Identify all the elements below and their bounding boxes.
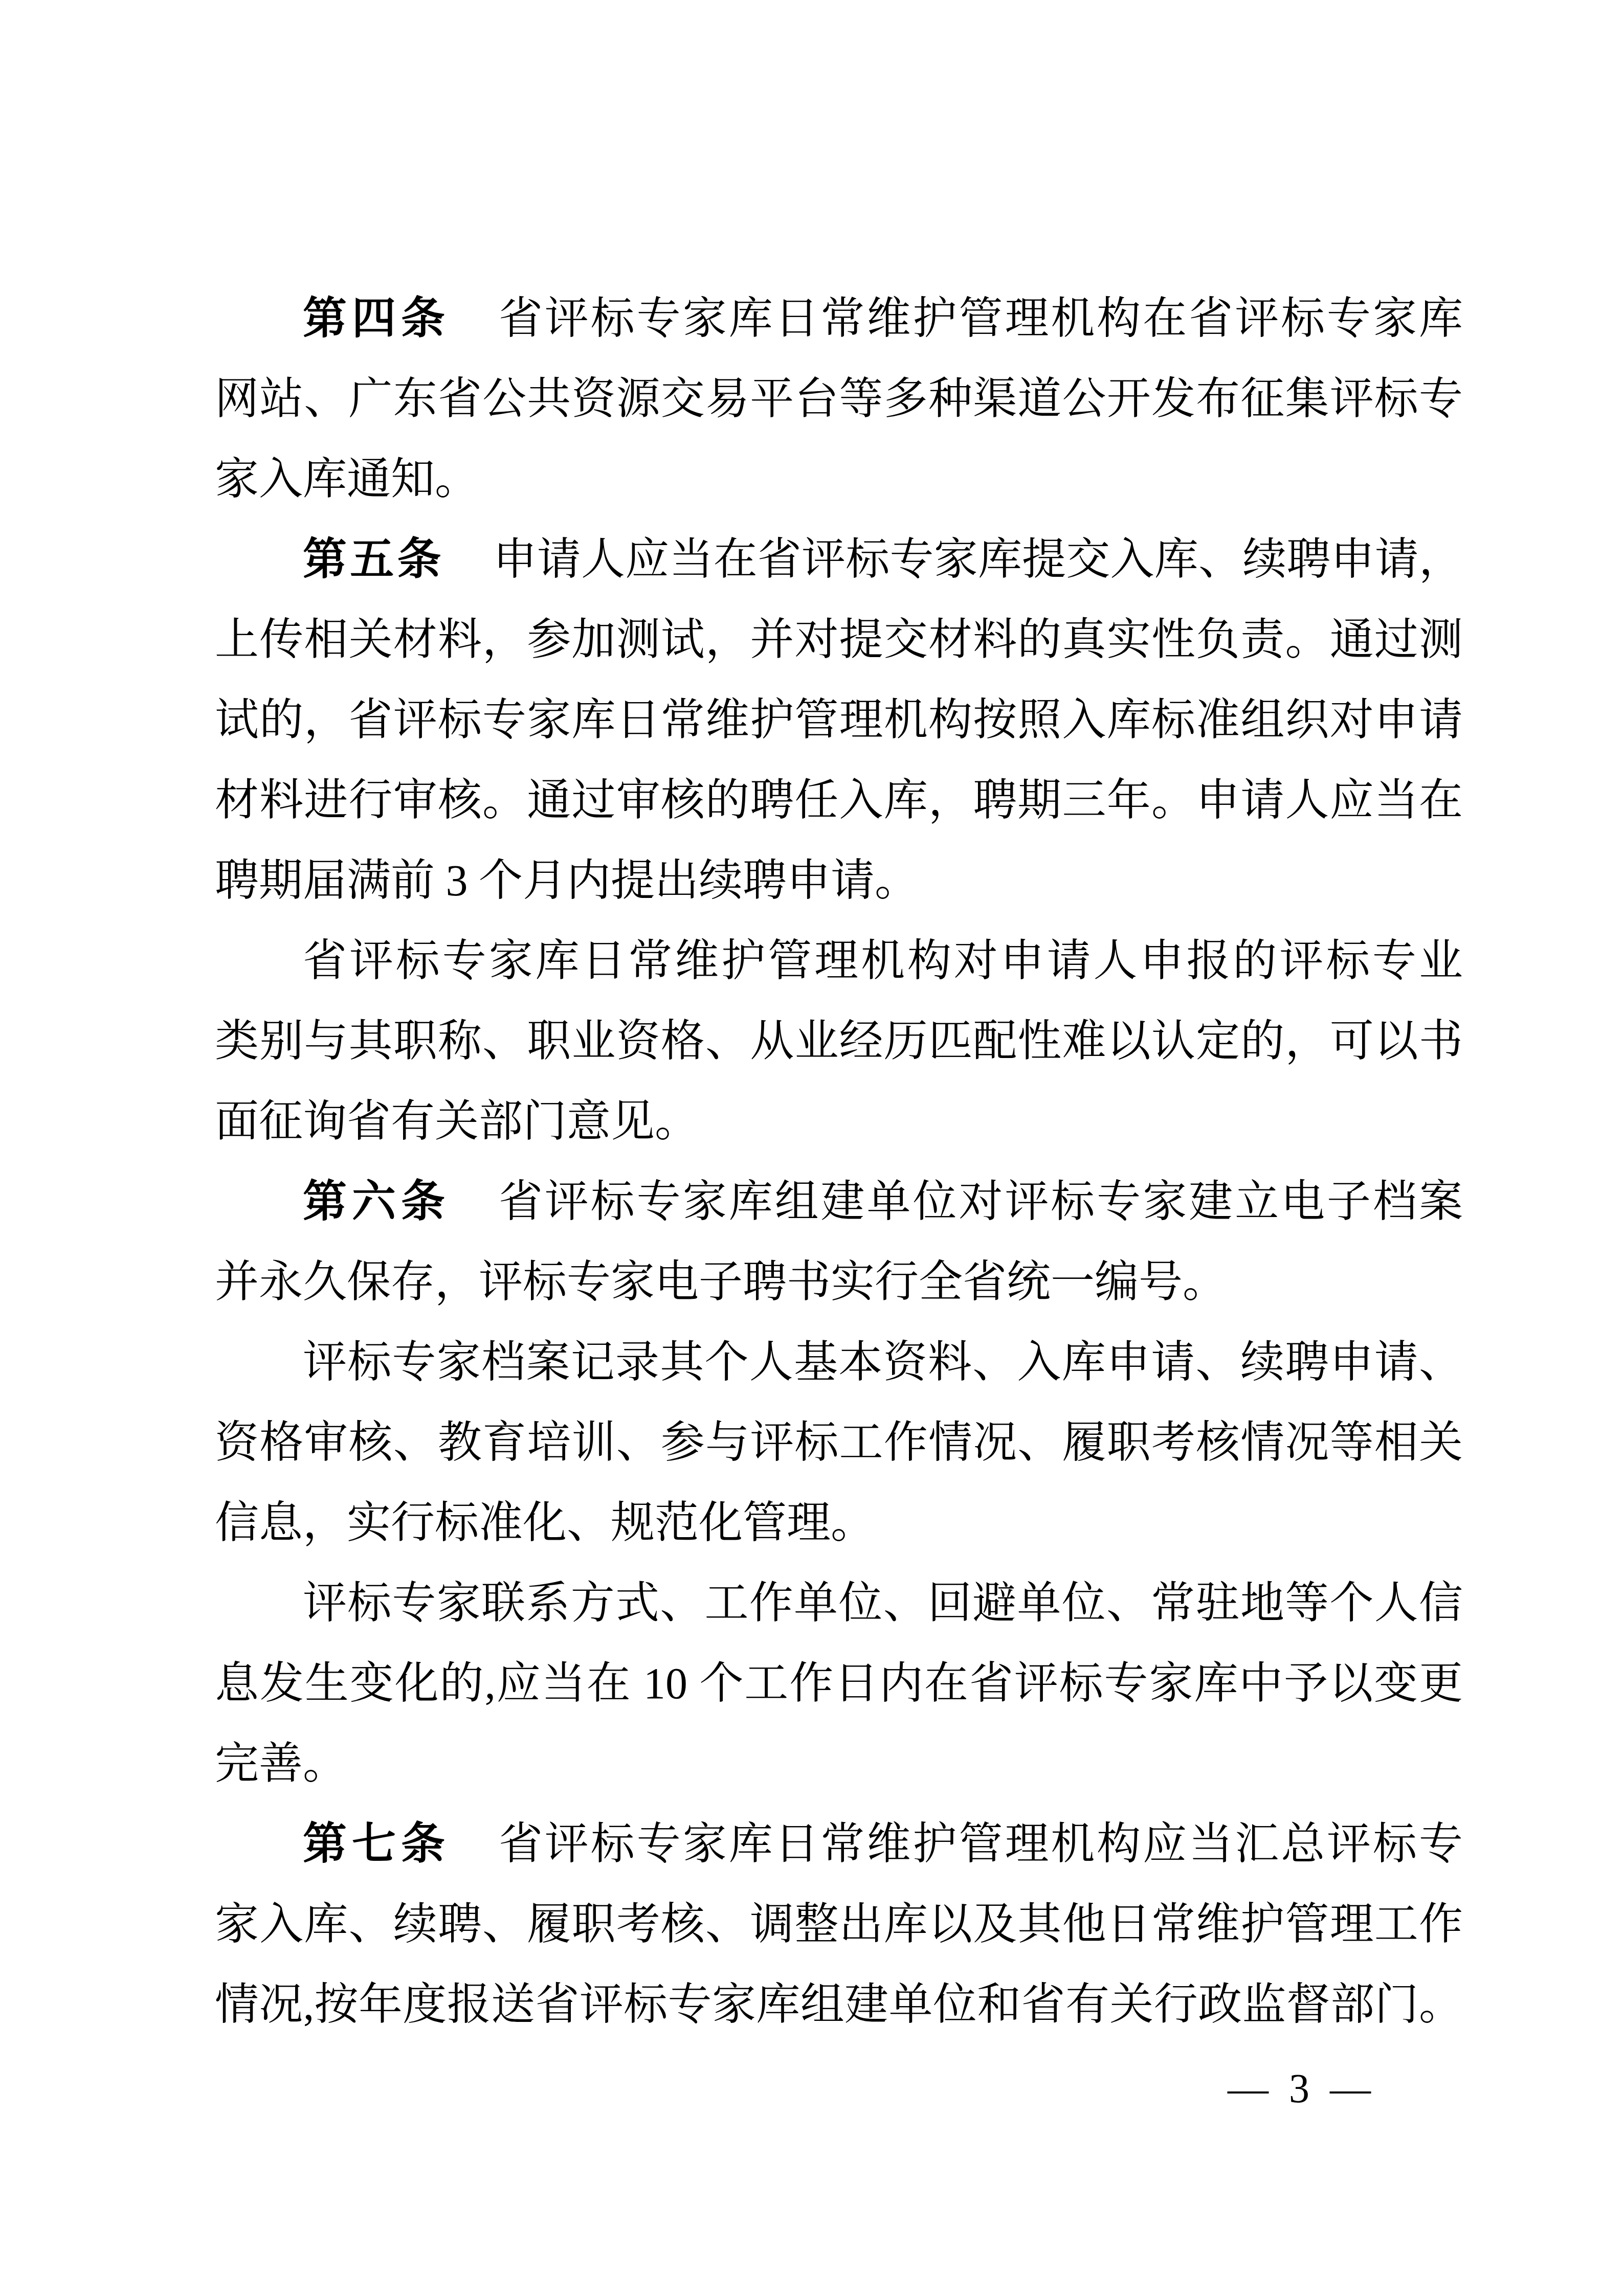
text-line: 第五条申请人应当在省评标专家库提交入库、续聘申请， [215, 520, 1463, 600]
text-line: 第七条省评标专家库日常维护管理机构应当汇总评标专 [215, 1804, 1463, 1884]
line-text: 资格审核、教育培训、参与评标工作情况、履职考核情况等相关 [215, 1418, 1463, 1467]
text-line: 材料进行审核。通过审核的聘任入库，聘期三年。申请人应当在 [215, 760, 1463, 841]
text-line: 网站、广东省公共资源交易平台等多种渠道公开发布征集评标专 [215, 359, 1463, 439]
line-text: 息发生变化的,应当在 10 个工作日内在省评标专家库中予以变更 [215, 1659, 1463, 1708]
text-line: 上传相关材料，参加测试，并对提交材料的真实性负责。通过测 [215, 600, 1463, 680]
line-text: 网站、广东省公共资源交易平台等多种渠道公开发布征集评标专 [215, 374, 1463, 423]
text-line: 息发生变化的,应当在 10 个工作日内在省评标专家库中予以变更 [215, 1644, 1463, 1724]
text-line: 完善。 [215, 1724, 1463, 1804]
line-text: 评标专家联系方式、工作单位、回避单位、常驻地等个人信 [303, 1579, 1463, 1628]
text-line: 第四条省评标专家库日常维护管理机构在省评标专家库 [215, 279, 1463, 359]
line-text: 类别与其职称、职业资格、从业经历匹配性难以认定的，可以书 [215, 1017, 1463, 1066]
line-text: 申请人应当在省评标专家库提交入库、续聘申请， [493, 535, 1463, 584]
line-text: 省评标专家库日常维护管理机构对申请人申报的评标专业 [303, 936, 1463, 985]
line-text: 信息，实行标准化、规范化管理。 [215, 1498, 875, 1547]
line-text: 情况,按年度报送省评标专家库组建单位和省有关行政监督部门。 [215, 1980, 1463, 2029]
line-text: 上传相关材料，参加测试，并对提交材料的真实性负责。通过测 [215, 615, 1463, 664]
text-line: 面征询省有关部门意见。 [215, 1082, 1463, 1162]
text-line: 家入库、续聘、履职考核、调整出库以及其他日常维护管理工作 [215, 1884, 1463, 1965]
line-text: 并永久保存，评标专家电子聘书实行全省统一编号。 [215, 1257, 1227, 1307]
text-line: 聘期届满前 3 个月内提出续聘申请。 [215, 841, 1463, 921]
article-number: 第五条 [303, 535, 444, 584]
line-text: 省评标专家库日常维护管理机构在省评标专家库 [499, 294, 1463, 343]
line-text: 材料进行审核。通过审核的聘任入库，聘期三年。申请人应当在 [215, 776, 1463, 825]
text-line: 省评标专家库日常维护管理机构对申请人申报的评标专业 [215, 921, 1463, 1001]
line-text: 省评标专家库日常维护管理机构应当汇总评标专 [499, 1819, 1463, 1869]
text-line: 评标专家联系方式、工作单位、回避单位、常驻地等个人信 [215, 1563, 1463, 1644]
line-text: 面征询省有关部门意见。 [215, 1097, 699, 1146]
document-body: 第四条省评标专家库日常维护管理机构在省评标专家库 网站、广东省公共资源交易平台等… [215, 279, 1463, 2045]
page-number: — 3 — [1228, 2058, 1376, 2120]
line-text: 试的，省评标专家库日常维护管理机构按照入库标准组织对申请 [215, 695, 1463, 745]
line-text: 省评标专家库组建单位对评标专家建立电子档案 [499, 1177, 1463, 1226]
text-line: 资格审核、教育培训、参与评标工作情况、履职考核情况等相关 [215, 1403, 1463, 1483]
document-page: 第四条省评标专家库日常维护管理机构在省评标专家库 网站、广东省公共资源交易平台等… [0, 0, 1624, 2296]
text-line: 并永久保存，评标专家电子聘书实行全省统一编号。 [215, 1242, 1463, 1322]
article-number: 第七条 [303, 1819, 450, 1869]
line-text: 家入库通知。 [215, 455, 479, 504]
line-text: 聘期届满前 3 个月内提出续聘申请。 [215, 856, 919, 905]
line-text: 家入库、续聘、履职考核、调整出库以及其他日常维护管理工作 [215, 1900, 1463, 1949]
text-line: 家入库通知。 [215, 439, 1463, 520]
text-line: 信息，实行标准化、规范化管理。 [215, 1483, 1463, 1563]
article-number: 第六条 [303, 1177, 450, 1226]
text-line: 类别与其职称、职业资格、从业经历匹配性难以认定的，可以书 [215, 1001, 1463, 1082]
text-line: 评标专家档案记录其个人基本资料、入库申请、续聘申请、 [215, 1322, 1463, 1403]
text-line: 第六条省评标专家库组建单位对评标专家建立电子档案 [215, 1162, 1463, 1242]
text-line: 情况,按年度报送省评标专家库组建单位和省有关行政监督部门。 [215, 1965, 1463, 2045]
line-text: 完善。 [215, 1739, 347, 1788]
text-line: 试的，省评标专家库日常维护管理机构按照入库标准组织对申请 [215, 680, 1463, 760]
article-number: 第四条 [303, 294, 450, 343]
line-text: 评标专家档案记录其个人基本资料、入库申请、续聘申请、 [303, 1338, 1463, 1387]
